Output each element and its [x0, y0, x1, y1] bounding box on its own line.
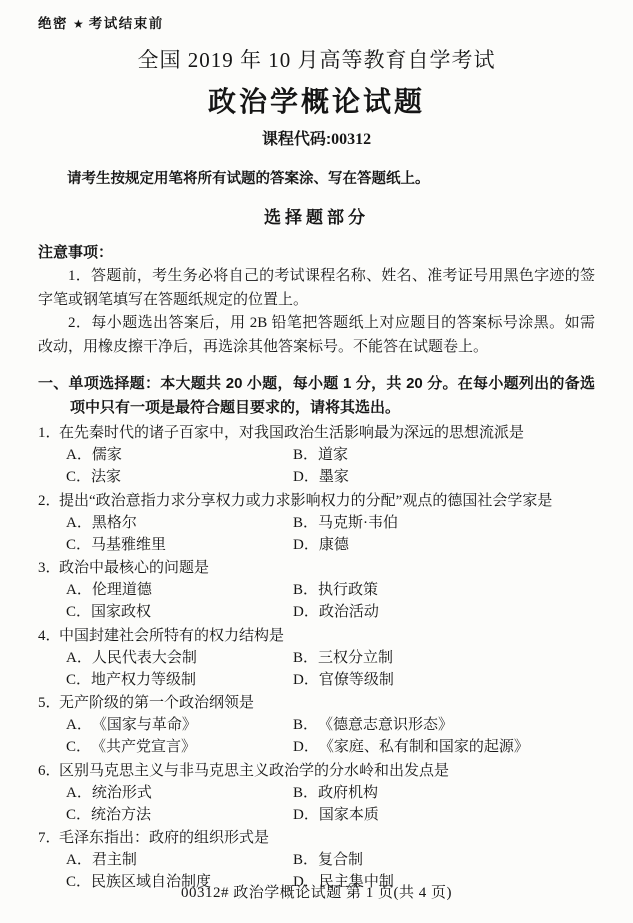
option-c: C．统治方法 [66, 804, 293, 826]
option-text: 三权分立制 [318, 650, 393, 666]
option-a: A．人民代表大会制 [66, 647, 293, 669]
option-label: C． [66, 804, 91, 826]
option-label: C． [66, 669, 91, 691]
option-text: 《国家与革命》 [92, 717, 197, 733]
paper-title: 政治学概论试题 [38, 80, 595, 120]
option-b: B．三权分立制 [293, 647, 595, 669]
option-text: 《共产党宣言》 [91, 739, 196, 755]
option-label: A． [66, 444, 92, 466]
option-label: A． [66, 714, 92, 736]
option-b: B．执行政策 [293, 579, 595, 601]
question-stem: 区别马克思主义与非马克思主义政治学的分水岭和出发点是 [59, 760, 595, 782]
option-label: B． [293, 714, 318, 736]
section-title: 选择题部分 [38, 203, 595, 228]
option-text: 《家庭、私有制和国家的起源》 [319, 739, 529, 755]
option-text: 马基雅维里 [91, 537, 166, 553]
part-one-heading: 一、单项选择题：本大题共 20 小题，每小题 1 分，共 20 分。在每小题列出… [38, 372, 595, 419]
question-number: 5． [38, 692, 59, 714]
notes-section: 注意事项： 1．答题前，考生务必将自己的考试课程名称、姓名、准考证号用黑色字迹的… [38, 241, 595, 359]
option-label: D． [293, 736, 319, 758]
question-number: 4． [38, 625, 59, 647]
option-text: 人民代表大会制 [92, 650, 197, 666]
note-item: 2．每小题选出答案后，用 2B 铅笔把答题纸上对应题目的答案标号涂黑。如需改动，… [38, 312, 595, 359]
option-d: D．《家庭、私有制和国家的起源》 [293, 736, 595, 758]
question-stem: 中国封建社会所特有的权力结构是 [59, 625, 595, 647]
question-2: 2． 提出“政治意指力求分享权力或力求影响权力的分配”观点的德国社会学家是 A．… [38, 490, 595, 556]
question-stem: 毛泽东指出：政府的组织形式是 [59, 827, 595, 849]
option-text: 官僚等级制 [319, 672, 394, 688]
question-number: 3． [38, 557, 59, 579]
option-a: A．统治形式 [66, 782, 293, 804]
option-text: 马克斯·韦伯 [318, 515, 398, 531]
option-text: 统治形式 [92, 785, 152, 801]
option-label: B． [293, 782, 318, 804]
option-label: C． [66, 736, 91, 758]
option-text: 执行政策 [318, 582, 378, 598]
option-text: 黑格尔 [92, 515, 137, 531]
option-label: A． [66, 782, 92, 804]
option-b: B．道家 [293, 444, 595, 466]
option-c: C．地产权力等级制 [66, 669, 293, 691]
page-footer: 00312# 政治学概论试题 第 1 页(共 4 页) [0, 881, 633, 902]
option-label: B． [293, 849, 318, 871]
option-c: C．国家政权 [66, 601, 293, 623]
exam-paper-page: 绝密★考试结束前 全国 2019 年 10 月高等教育自学考试 政治学概论试题 … [0, 0, 633, 923]
option-text: 儒家 [92, 447, 122, 463]
option-label: C． [66, 534, 91, 556]
question-stem: 在先秦时代的诸子百家中，对我国政治生活影响最为深远的思想流派是 [59, 422, 595, 444]
option-text: 国家政权 [91, 604, 151, 620]
question-5: 5． 无产阶级的第一个政治纲领是 A．《国家与革命》 B．《德意志意识形态》 C… [38, 692, 595, 758]
question-list: 1． 在先秦时代的诸子百家中，对我国政治生活影响最为深远的思想流派是 A．儒家 … [38, 422, 595, 893]
security-classification: 绝密★考试结束前 [38, 12, 595, 32]
option-text: 伦理道德 [92, 582, 152, 598]
option-a: A．儒家 [66, 444, 293, 466]
option-label: A． [66, 849, 92, 871]
option-text: 地产权力等级制 [91, 672, 196, 688]
star-icon: ★ [68, 17, 89, 31]
option-b: B．马克斯·韦伯 [293, 512, 595, 534]
option-c: C．马基雅维里 [66, 534, 293, 556]
option-label: D． [293, 466, 319, 488]
option-label: B． [293, 647, 318, 669]
option-text: 道家 [318, 447, 348, 463]
security-suffix: 考试结束前 [89, 16, 164, 31]
option-label: A． [66, 512, 92, 534]
option-label: D． [293, 534, 319, 556]
option-text: 法家 [91, 469, 121, 485]
option-b: B．政府机构 [293, 782, 595, 804]
option-text: 统治方法 [91, 807, 151, 823]
option-text: 墨家 [319, 469, 349, 485]
question-4: 4． 中国封建社会所特有的权力结构是 A．人民代表大会制 B．三权分立制 C．地… [38, 625, 595, 691]
question-number: 6． [38, 760, 59, 782]
question-stem: 无产阶级的第一个政治纲领是 [59, 692, 595, 714]
question-1: 1． 在先秦时代的诸子百家中，对我国政治生活影响最为深远的思想流派是 A．儒家 … [38, 422, 595, 488]
option-label: C． [66, 466, 91, 488]
option-text: 政治活动 [319, 604, 379, 620]
option-d: D．国家本质 [293, 804, 595, 826]
option-label: B． [293, 579, 318, 601]
question-6: 6． 区别马克思主义与非马克思主义政治学的分水岭和出发点是 A．统治形式 B．政… [38, 760, 595, 826]
option-text: 康德 [319, 537, 349, 553]
question-stem: 政治中最核心的问题是 [59, 557, 595, 579]
option-c: C．法家 [66, 466, 293, 488]
option-label: D． [293, 804, 319, 826]
question-number: 2． [38, 490, 59, 512]
exam-session-title: 全国 2019 年 10 月高等教育自学考试 [38, 44, 595, 74]
option-text: 复合制 [318, 852, 363, 868]
option-a: A．黑格尔 [66, 512, 293, 534]
option-text: 政府机构 [318, 785, 378, 801]
option-text: 国家本质 [319, 807, 379, 823]
course-code-value: 00312 [331, 131, 371, 148]
option-label: C． [66, 601, 91, 623]
option-label: A． [66, 647, 92, 669]
option-label: B． [293, 512, 318, 534]
note-item: 1．答题前，考生务必将自己的考试课程名称、姓名、准考证号用黑色字迹的签字笔或钢笔… [38, 265, 595, 312]
option-b: B．《德意志意识形态》 [293, 714, 595, 736]
question-stem: 提出“政治意指力求分享权力或力求影响权力的分配”观点的德国社会学家是 [59, 490, 595, 512]
option-label: D． [293, 601, 319, 623]
course-code: 课程代码:00312 [38, 126, 595, 149]
option-d: D．官僚等级制 [293, 669, 595, 691]
option-d: D．康德 [293, 534, 595, 556]
option-label: D． [293, 669, 319, 691]
question-number: 1． [38, 422, 59, 444]
notes-heading: 注意事项： [38, 241, 595, 265]
question-number: 7． [38, 827, 59, 849]
question-3: 3． 政治中最核心的问题是 A．伦理道德 B．执行政策 C．国家政权 D．政治活… [38, 557, 595, 623]
option-d: D．墨家 [293, 466, 595, 488]
security-prefix: 绝密 [38, 16, 68, 31]
option-text: 君主制 [92, 852, 137, 868]
option-b: B．复合制 [293, 849, 595, 871]
option-a: A．《国家与革命》 [66, 714, 293, 736]
course-code-label: 课程代码: [262, 131, 331, 148]
answer-instruction: 请考生按规定用笔将所有试题的答案涂、写在答题纸上。 [38, 167, 595, 188]
option-c: C．《共产党宣言》 [66, 736, 293, 758]
option-a: A．伦理道德 [66, 579, 293, 601]
option-label: A． [66, 579, 92, 601]
option-label: B． [293, 444, 318, 466]
option-d: D．政治活动 [293, 601, 595, 623]
option-a: A．君主制 [66, 849, 293, 871]
option-text: 《德意志意识形态》 [318, 717, 453, 733]
